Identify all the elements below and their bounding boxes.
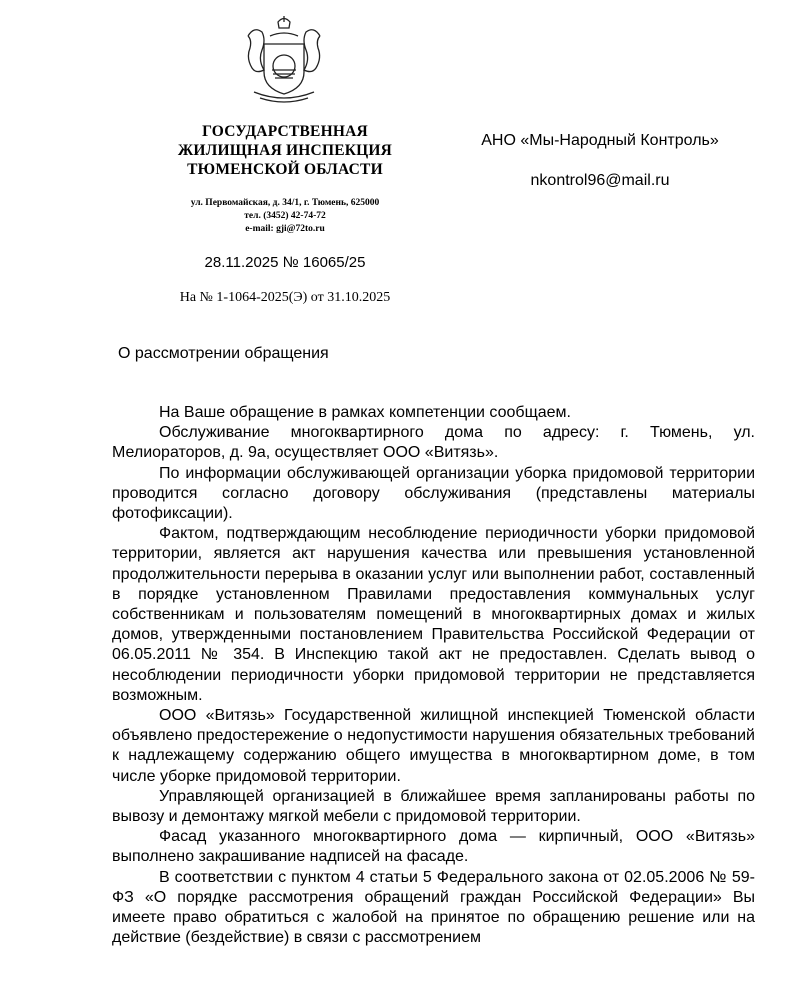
body-paragraph: ООО «Витязь» Государственной жилищной ин… xyxy=(112,706,755,787)
recipient-block: АНО «Мы-Народный Контроль» nkontrol96@ma… xyxy=(460,130,740,192)
sender-contacts: ул. Первомайская, д. 34/1, г. Тюмень, 62… xyxy=(150,197,420,236)
body-paragraph: Фасад указанного многоквартирного дома —… xyxy=(112,827,755,867)
reply-to-reference: На № 1-1064-2025(Э) от 31.10.2025 xyxy=(150,290,420,306)
recipient-name: АНО «Мы-Народный Контроль» xyxy=(460,130,740,152)
coat-of-arms-icon xyxy=(234,14,334,114)
sender-org-name: ГОСУДАРСТВЕННАЯ ЖИЛИЩНАЯ ИНСПЕКЦИЯ ТЮМЕН… xyxy=(150,122,420,179)
body-paragraph: Управляющей организацией в ближайшее вре… xyxy=(112,787,755,827)
body-paragraph: На Ваше обращение в рамках компетенции с… xyxy=(112,403,755,423)
sender-address: ул. Первомайская, д. 34/1, г. Тюмень, 62… xyxy=(150,197,420,210)
body-paragraph: В соответствии с пунктом 4 статьи 5 Феде… xyxy=(112,868,755,949)
body-paragraph: Обслуживание многоквартирного дома по ад… xyxy=(112,423,755,463)
sender-email: e-mail: gji@72to.ru xyxy=(150,223,420,236)
body-paragraph: По информации обслуживающей организации … xyxy=(112,464,755,525)
letter-body: На Ваше обращение в рамках компетенции с… xyxy=(112,403,755,948)
recipient-email: nkontrol96@mail.ru xyxy=(460,170,740,192)
org-name-line: ГОСУДАРСТВЕННАЯ xyxy=(150,122,420,141)
sender-organization-block: ГОСУДАРСТВЕННАЯ ЖИЛИЩНАЯ ИНСПЕКЦИЯ ТЮМЕН… xyxy=(150,122,420,236)
document-date-number: 28.11.2025 № 16065/25 xyxy=(150,254,420,271)
org-name-line: ТЮМЕНСКОЙ ОБЛАСТИ xyxy=(150,160,420,179)
body-paragraph: Фактом, подтверждающим несоблюдение пери… xyxy=(112,524,755,706)
sender-phone: тел. (3452) 42-74-72 xyxy=(150,210,420,223)
org-name-line: ЖИЛИЩНАЯ ИНСПЕКЦИЯ xyxy=(150,141,420,160)
letter-subject: О рассмотрении обращения xyxy=(118,345,329,363)
